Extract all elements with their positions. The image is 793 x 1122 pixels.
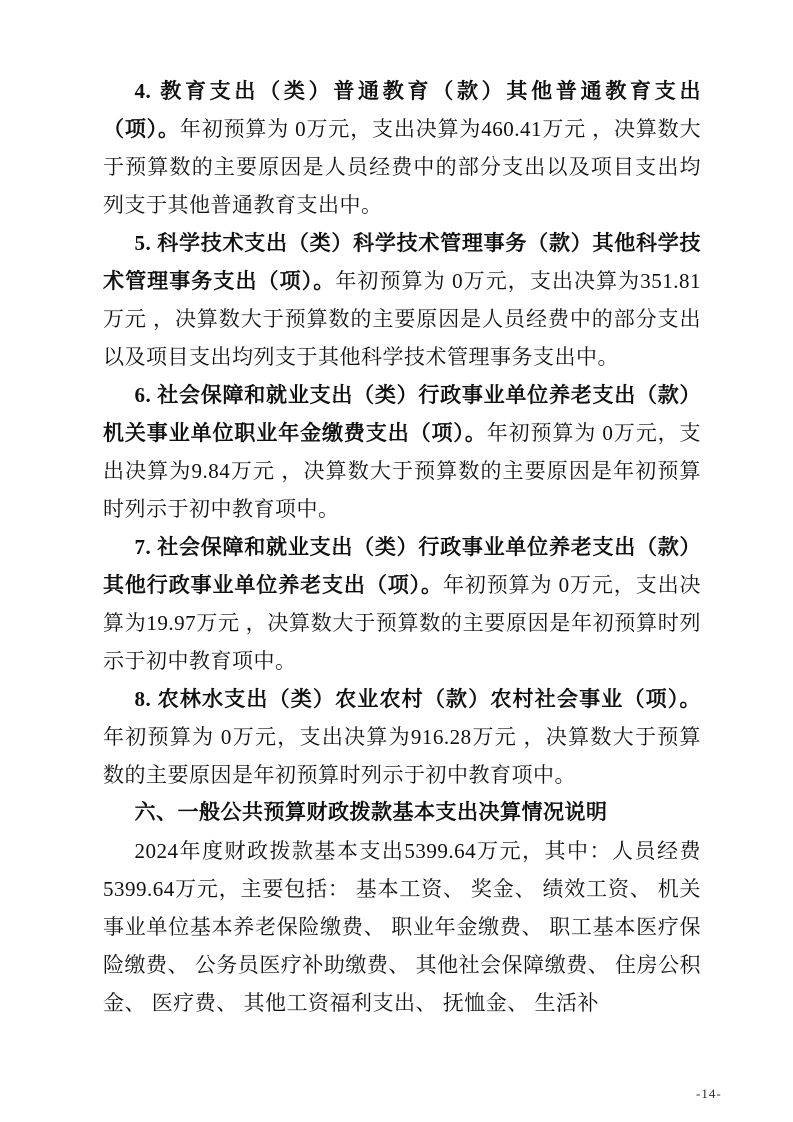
document-page: 4. 教育支出（类）普通教育（款）其他普通教育支出（项）。年初预算为 0万元，支… — [0, 0, 793, 1122]
expense-item-5: 5. 科学技术支出（类）科学技术管理事务（款）其他科学技术管理事务支出（项）。年… — [103, 224, 701, 376]
expense-item-8-title: 8. 农林水支出（类）农业农村（款）农村社会事业（项）。 — [135, 687, 702, 711]
expense-item-6: 6. 社会保障和就业支出（类）行政事业单位养老支出（款）机关事业单位职业年金缴费… — [103, 376, 701, 528]
expense-item-4: 4. 教育支出（类）普通教育（款）其他普通教育支出（项）。年初预算为 0万元，支… — [103, 72, 701, 224]
expense-item-4-body: 年初预算为 0万元，支出决算为460.41万元 ，决算数大于预算数的主要原因是人… — [103, 117, 701, 217]
expense-item-7: 7. 社会保障和就业支出（类）行政事业单位养老支出（款）其他行政事业单位养老支出… — [103, 528, 701, 680]
section-six-heading: 六、一般公共预算财政拨款基本支出决算情况说明 — [103, 794, 701, 832]
expense-item-8-body: 年初预算为 0万元，支出决算为916.28万元 ，决算数大于预算数的主要原因是年… — [103, 725, 701, 787]
basic-expenditure-paragraph: 2024年度财政拨款基本支出5399.64万元，其中：人员经费5399.64万元… — [103, 832, 701, 1022]
page-number: -14- — [696, 1086, 722, 1102]
expense-item-8: 8. 农林水支出（类）农业农村（款）农村社会事业（项）。年初预算为 0万元，支出… — [103, 680, 701, 794]
document-content: 4. 教育支出（类）普通教育（款）其他普通教育支出（项）。年初预算为 0万元，支… — [103, 72, 701, 1022]
